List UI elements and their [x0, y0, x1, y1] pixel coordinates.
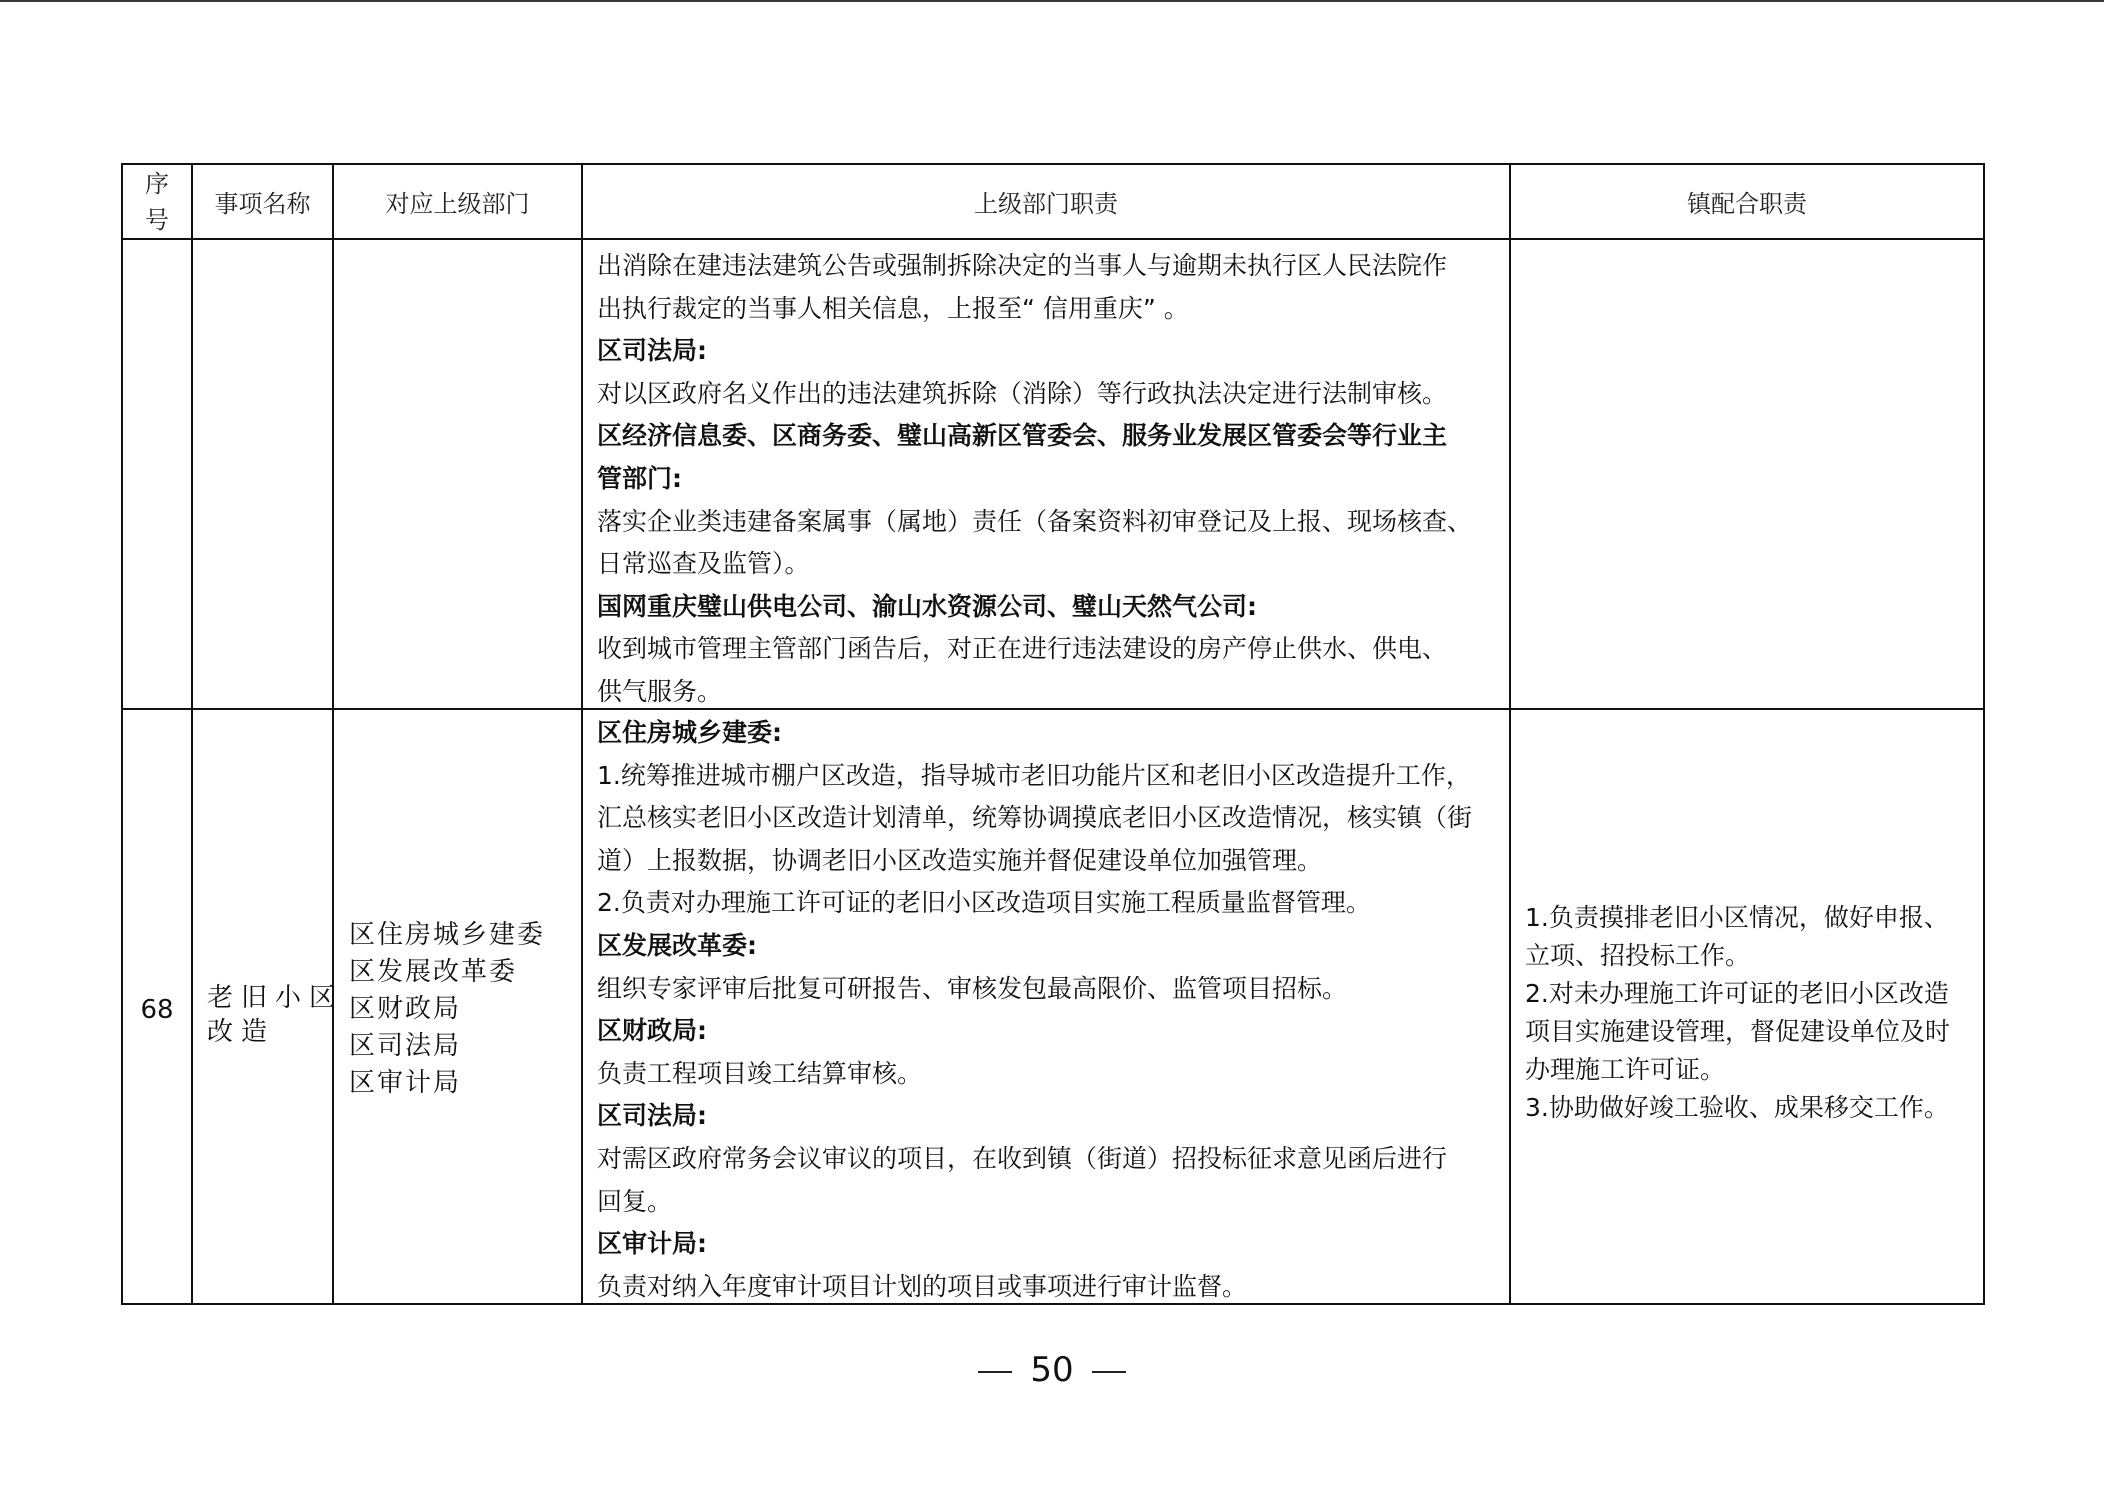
duty-line: 对以区政府名义作出的违法建筑拆除（消除）等行政执法决定进行法制审核。 — [597, 373, 1472, 416]
col-divider-2 — [332, 163, 334, 1305]
dept-line: 区审计局 — [349, 1065, 545, 1102]
row-68-seq: 68 — [123, 993, 191, 1027]
duty-line: 出执行裁定的当事人相关信息，上报至“ 信用重庆” 。 — [597, 288, 1472, 331]
item-name-line: 改造 — [207, 1015, 343, 1049]
town-duty-line: 立项、招投标工作。 — [1525, 937, 1950, 975]
duty-line: 组织专家评审后批复可研报告、审核发包最高限价、监管项目招标。 — [597, 968, 1472, 1011]
duty-line: 日常巡查及监管）。 — [597, 543, 1472, 586]
duty-line: 1.统筹推进城市棚户区改造，指导城市老旧功能片区和老旧小区改造提升工作， — [597, 755, 1472, 798]
duty-dept-heading: 区审计局: — [597, 1223, 1472, 1266]
page-number: 50 — [1030, 1350, 1073, 1390]
dept-line: 区财政局 — [349, 991, 545, 1028]
duty-dept-heading: 区司法局: — [597, 1095, 1472, 1138]
duty-dept-heading: 区住房城乡建委: — [597, 712, 1472, 755]
dept-line: 区发展改革委 — [349, 954, 545, 991]
town-duty-line: 1.负责摸排老旧小区情况，做好申报、 — [1525, 899, 1950, 937]
col-divider-3 — [581, 163, 583, 1305]
town-duty-line: 3.协助做好竣工验收、成果移交工作。 — [1525, 1089, 1950, 1127]
header-upper-dept: 对应上级部门 — [334, 165, 581, 238]
header-town-duty: 镇配合职责 — [1511, 165, 1983, 238]
header-seq-line2: 号 — [145, 202, 169, 238]
duty-dept-heading: 管部门: — [597, 458, 1472, 501]
dept-line: 区住房城乡建委 — [349, 917, 545, 954]
footer-dash-left — [978, 1371, 1012, 1373]
duty-line: 负责工程项目竣工结算审核。 — [597, 1053, 1472, 1096]
duty-dept-heading: 区发展改革委: — [597, 925, 1472, 968]
col-divider-1 — [191, 163, 193, 1305]
duty-dept-heading: 区财政局: — [597, 1010, 1472, 1053]
row-68-upper-duty: 区住房城乡建委: 1.统筹推进城市棚户区改造，指导城市老旧功能片区和老旧小区改造… — [597, 712, 1472, 1308]
duty-dept-heading: 区经济信息委、区商务委、璧山高新区管委会、服务业发展区管委会等行业主 — [597, 415, 1472, 458]
duty-line: 2.负责对办理施工许可证的老旧小区改造项目实施工程质量监督管理。 — [597, 882, 1472, 925]
header-divider — [121, 238, 1985, 240]
duty-dept-heading: 区司法局: — [597, 330, 1472, 373]
duty-line: 出消除在建违法建筑公告或强制拆除决定的当事人与逾期未执行区人民法院作 — [597, 245, 1472, 288]
row-continuation-upper-duty: 出消除在建违法建筑公告或强制拆除决定的当事人与逾期未执行区人民法院作 出执行裁定… — [597, 245, 1472, 714]
town-duty-line: 项目实施建设管理，督促建设单位及时 — [1525, 1013, 1950, 1051]
page-footer: 50 — [0, 1350, 2104, 1390]
header-seq-line1: 序 — [145, 166, 169, 202]
dept-line: 区司法局 — [349, 1028, 545, 1065]
duty-line: 对需区政府常务会议审议的项目，在收到镇（街道）招投标征求意见函后进行 — [597, 1138, 1472, 1181]
table-border-right — [1983, 163, 1985, 1305]
header-item-name: 事项名称 — [193, 165, 332, 238]
row-68-upper-dept: 区住房城乡建委 区发展改革委 区财政局 区司法局 区审计局 — [349, 917, 545, 1102]
town-duty-line: 2.对未办理施工许可证的老旧小区改造 — [1525, 975, 1950, 1013]
page-top-rule — [0, 0, 2104, 2]
town-duty-line: 办理施工许可证。 — [1525, 1051, 1950, 1089]
duty-line: 负责对纳入年度审计项目计划的项目或事项进行审计监督。 — [597, 1266, 1472, 1309]
col-divider-4 — [1509, 163, 1511, 1305]
header-upper-duty: 上级部门职责 — [583, 165, 1509, 238]
row-68-town-duty: 1.负责摸排老旧小区情况，做好申报、 立项、招投标工作。 2.对未办理施工许可证… — [1525, 899, 1950, 1127]
table-border-left — [121, 163, 123, 1305]
item-name-line: 老旧小区 — [207, 981, 343, 1015]
duty-line: 汇总核实老旧小区改造计划清单，统筹协调摸底老旧小区改造情况，核实镇（街 — [597, 797, 1472, 840]
responsibility-table: 序 号 事项名称 对应上级部门 上级部门职责 镇配合职责 出消除在建违法建筑公告… — [121, 163, 1985, 1305]
duty-line: 落实企业类违建备案属事（属地）责任（备案资料初审登记及上报、现场核查、 — [597, 501, 1472, 544]
duty-line: 回复。 — [597, 1181, 1472, 1224]
duty-dept-heading: 国网重庆璧山供电公司、渝山水资源公司、璧山天然气公司: — [597, 586, 1472, 629]
duty-line: 供气服务。 — [597, 671, 1472, 714]
row-68-item-name: 老旧小区 改造 — [207, 981, 343, 1049]
duty-line: 收到城市管理主管部门函告后，对正在进行违法建设的房产停止供水、供电、 — [597, 628, 1472, 671]
duty-line: 道）上报数据，协调老旧小区改造实施并督促建设单位加强管理。 — [597, 840, 1472, 883]
header-seq: 序 号 — [123, 165, 191, 238]
footer-dash-right — [1092, 1371, 1126, 1373]
